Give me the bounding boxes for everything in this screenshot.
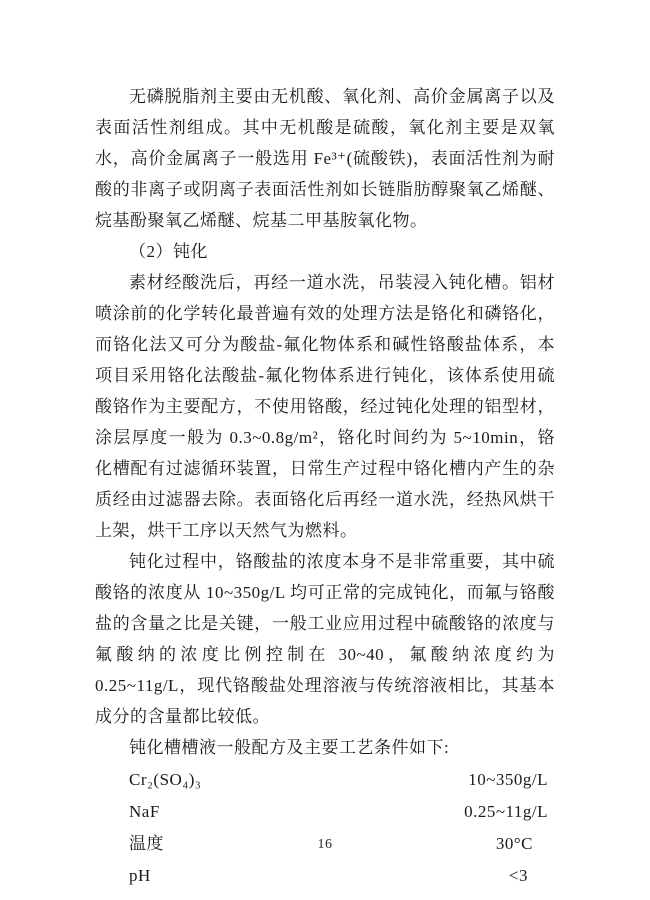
text-block: 无磷脱脂剂主要由无机酸、氧化剂、高价金属离子以及表面活性剂组成。其中无机酸是硫酸…: [95, 81, 555, 892]
recipe-value: <3: [509, 860, 555, 892]
recipe-value: 10~350g/L: [468, 764, 555, 796]
paragraph-passivation-process: 素材经酸洗后，再经一道水洗，吊装浸入钝化槽。铝材喷涂前的化学转化最普遍有效的处理…: [95, 267, 555, 546]
recipe-row-naf: NaF 0.25~11g/L: [95, 796, 555, 828]
paragraph-chromate-concentration: 钝化过程中，铬酸盐的浓度本身不是非常重要，其中硫酸铬的浓度从 10~350g/L…: [95, 546, 555, 732]
page-number: 16: [0, 836, 650, 854]
document-page: 无磷脱脂剂主要由无机酸、氧化剂、高价金属离子以及表面活性剂组成。其中无机酸是硫酸…: [0, 0, 650, 900]
recipe-table: Cr₂(SO₄)₃ 10~350g/L NaF 0.25~11g/L 温度 30…: [95, 764, 555, 892]
recipe-row-ph: pH <3: [95, 860, 555, 892]
recipe-component: Cr₂(SO₄)₃: [129, 764, 201, 796]
recipe-row-cr2so43: Cr₂(SO₄)₃ 10~350g/L: [95, 764, 555, 796]
paragraph-degreasing: 无磷脱脂剂主要由无机酸、氧化剂、高价金属离子以及表面活性剂组成。其中无机酸是硫酸…: [95, 81, 555, 236]
recipe-value: 0.25~11g/L: [464, 796, 555, 828]
recipe-component: NaF: [129, 796, 160, 828]
section-heading-passivation: （2）钝化: [95, 236, 555, 267]
recipe-component: pH: [129, 860, 151, 892]
paragraph-recipe-intro: 钝化槽槽液一般配方及主要工艺条件如下:: [95, 732, 555, 763]
